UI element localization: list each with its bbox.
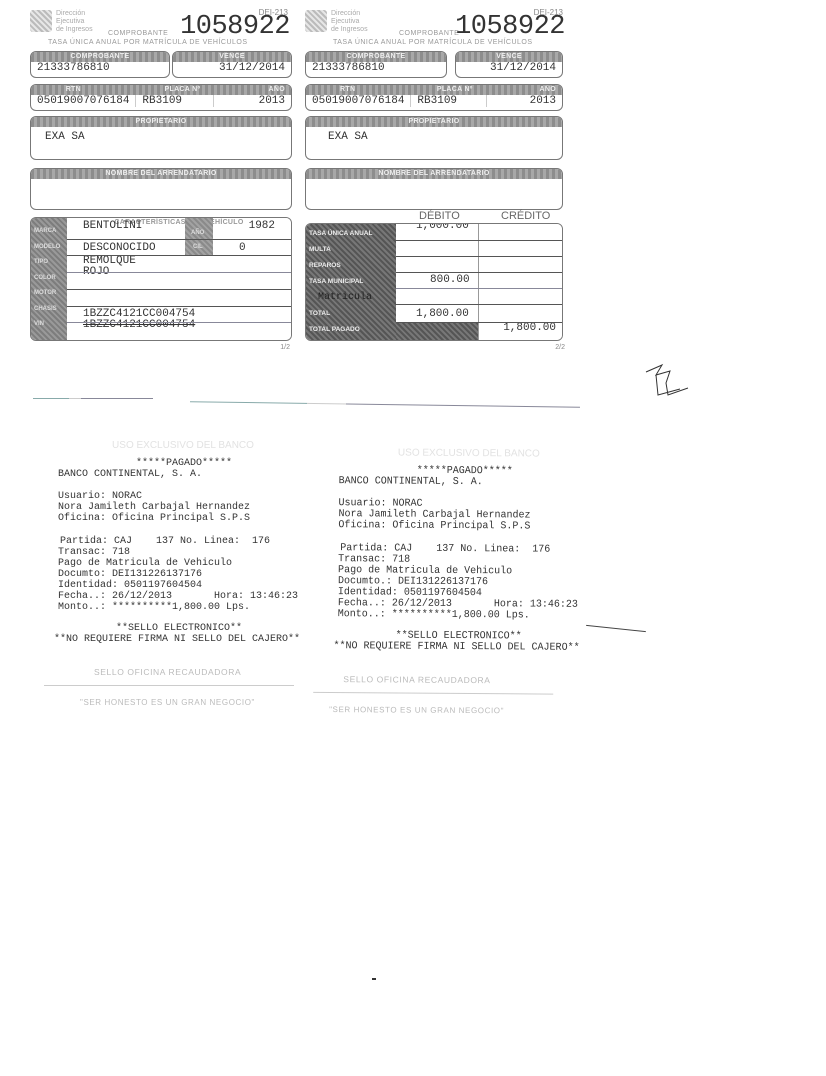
bank-receipt-2: USO EXCLUSIVO DEL BANCO *****PAGADO*****…: [337, 447, 599, 716]
form-subtitle: TASA ÚNICA ANUAL POR MATRÍCULA DE VEHÍCU…: [333, 39, 533, 46]
oficina: Oficina: Oficina Principal S.P.S: [58, 513, 308, 525]
bank-name: BANCO CONTINENTAL, S. A.: [339, 476, 599, 489]
placa-label: PLACA Nº: [389, 85, 472, 95]
comprobante-field-label: COMPROBANTE: [31, 52, 169, 62]
placa-value: RB3109: [135, 95, 213, 107]
placa-label: PLACA Nº: [116, 85, 201, 95]
identidad: Identidad: 0501197604504: [58, 580, 308, 592]
rtn-label: RTN: [306, 85, 389, 95]
row-divider: [396, 288, 562, 289]
agency-name: Dirección Ejecutiva de Ingresos: [56, 10, 93, 34]
propietario-label: PROPIETARIO: [31, 117, 291, 127]
label-total-pagado: TOTAL PAGADO: [306, 322, 396, 338]
propietario-label: PROPIETARIO: [306, 117, 562, 127]
signature-line: [313, 692, 553, 695]
row-divider: [67, 322, 291, 323]
row-divider: [67, 272, 291, 273]
row-divider: [67, 289, 291, 290]
vence-label: VENCE: [173, 52, 291, 62]
arrendatario-label: NOMBRE DEL ARRENDATARIO: [31, 169, 291, 179]
vehicle-vin: 1BZZC4121CC004754: [77, 319, 201, 331]
vence-field: VENCE 31/12/2014: [455, 51, 563, 78]
sello-oficina-recaudadora: SELLO OFICINA RECAUDADORA: [337, 674, 597, 686]
arrendatario-label: NOMBRE DEL ARRENDATARIO: [306, 169, 562, 179]
concepto: Pago de Matricula de Vehiculo: [58, 558, 308, 570]
comprobante-field: COMPROBANTE 21333786810: [30, 51, 170, 78]
agency-line: de Ingresos: [56, 26, 93, 34]
vence-value: 31/12/2014: [173, 62, 291, 74]
rtn-value: 05019007076184: [306, 95, 410, 107]
totals-labels: TASA ÚNICA ANUAL MULTA REPAROS TASA MUNI…: [306, 224, 396, 340]
rtn-placa-anio-values: 05019007076184 RB3109 2013: [306, 95, 562, 107]
cut-line: [190, 401, 580, 407]
vehicle-values: CARACTERÍSTICAS DEL VEHÍCULO AÑO CIL BEN…: [67, 218, 291, 340]
placa-value: RB3109: [410, 95, 486, 107]
page-number: 2/2: [555, 344, 565, 351]
rtn-placa-anio-field: RTN PLACA Nº AÑO 05019007076184 RB3109 2…: [30, 84, 292, 111]
totals-values: 1,000.00 800.00 1,800.00 1,800.00: [396, 224, 562, 340]
vehicle-labels: MARCA MODELO TIPO COLOR MOTOR CHASIS VIN: [31, 218, 67, 340]
agency-line: Ejecutiva: [56, 18, 93, 26]
anio-label: AÑO: [473, 85, 562, 95]
partida: Partida: CAJ 137 No. Linea: 176: [58, 536, 308, 548]
agency-line: Ejecutiva: [331, 18, 368, 26]
row-divider: [67, 306, 291, 307]
row-divider: [67, 239, 291, 240]
vehicle-cil: 0: [233, 242, 252, 254]
cashier-name: Nora Jamileth Carbajal Hernandez: [58, 502, 308, 514]
arrendatario-field: NOMBRE DEL ARRENDATARIO: [305, 168, 563, 210]
bank-name: BANCO CONTINENTAL, S. A.: [58, 469, 308, 481]
rtn-value: 05019007076184: [31, 95, 135, 107]
fecha-hora: Fecha..: 26/12/2013 Hora: 13:46:23: [58, 591, 308, 603]
agency-logo-icon: [305, 10, 327, 32]
debito-label: DÉBITO: [419, 210, 460, 222]
rtn-label: RTN: [31, 85, 116, 95]
label-multa: MULTA: [306, 242, 396, 258]
anio-value: 2013: [213, 95, 291, 107]
oficina: Oficina: Oficina Principal S.P.S: [338, 520, 598, 533]
propietario-field: PROPIETARIO EXA SA: [30, 116, 292, 160]
vehicle-modelo: DESCONOCIDO: [77, 242, 162, 254]
sello-oficina-recaudadora: SELLO OFICINA RECAUDADORA: [58, 667, 308, 677]
agency-line: Dirección: [56, 10, 93, 18]
sello-electronico: **SELLO ELECTRONICO**: [58, 623, 308, 635]
totals-table: TASA ÚNICA ANUAL MULTA REPAROS TASA MUNI…: [305, 223, 563, 341]
vence-value: 31/12/2014: [456, 62, 562, 74]
vehicle-characteristics: MARCA MODELO TIPO COLOR MOTOR CHASIS VIN…: [30, 217, 292, 341]
propietario-value: EXA SA: [31, 127, 291, 143]
credito-total-pagado: 1,800.00: [497, 322, 562, 334]
transac: Transac: 718: [58, 547, 308, 559]
comprobante-label: COMPROBANTE: [399, 30, 459, 37]
label-total: TOTAL: [306, 306, 396, 322]
anio-value: 2013: [486, 95, 562, 107]
spacer: [58, 480, 308, 491]
monto: Monto..: **********1,800.00 Lps.: [58, 602, 308, 614]
page-number: 1/2: [280, 344, 290, 351]
monto: Monto..: **********1,800.00 Lps.: [338, 609, 598, 622]
handwritten-mark-icon: [640, 355, 700, 405]
debito-tasa-unica: 1,000.00: [410, 223, 475, 232]
bank-use-header: USO EXCLUSIVO DEL BANCO: [339, 447, 599, 467]
vehicle-anio: 1982: [243, 220, 281, 232]
anio-label: AÑO: [200, 85, 291, 95]
debito-total: 1,800.00: [410, 308, 475, 320]
row-divider: [396, 272, 562, 273]
no-requiere-firma: **NO REQUIERE FIRMA NI SELLO DEL CAJERO*…: [334, 641, 598, 654]
comprobante-value: 21333786810: [306, 62, 446, 74]
rtn-placa-anio-field: RTN PLACA Nº AÑO 05019007076184 RB3109 2…: [305, 84, 563, 111]
spacer: [58, 613, 308, 623]
vence-label: VENCE: [456, 52, 562, 62]
label-tipo: TIPO: [31, 255, 67, 271]
agency-logo-icon: [30, 10, 52, 32]
agency-line: Dirección: [331, 10, 368, 18]
bank-receipt-1: USO EXCLUSIVO DEL BANCO *****PAGADO*****…: [58, 440, 308, 707]
label-chasis: CHASIS: [31, 302, 67, 318]
comprobante-label: COMPROBANTE: [108, 30, 168, 37]
vehicle-anio-label: AÑO: [191, 230, 204, 236]
label-color: COLOR: [31, 271, 67, 287]
comprobante-field-label: COMPROBANTE: [306, 52, 446, 62]
form-1: Dirección Ejecutiva de Ingresos DEI-213 …: [30, 8, 292, 353]
documento: Documto: DEI131226137176: [58, 569, 308, 581]
propietario-field: PROPIETARIO EXA SA: [305, 116, 563, 160]
lema: "SER HONESTO ES UN GRAN NEGOCIO": [329, 705, 597, 716]
row-divider: [396, 256, 562, 257]
signature-line: [44, 685, 294, 686]
comprobante-value: 21333786810: [31, 62, 169, 74]
arrendatario-field: NOMBRE DEL ARRENDATARIO: [30, 168, 292, 210]
agency-name: Dirección Ejecutiva de Ingresos: [331, 10, 368, 34]
row-divider: [396, 322, 562, 323]
scan-mark: [372, 978, 376, 980]
label-motor: MOTOR: [31, 286, 67, 302]
label-matricula: Matricula: [306, 290, 396, 306]
vehicle-cil-label: CIL: [193, 244, 203, 250]
debito-tasa-municipal: 800.00: [424, 274, 476, 286]
lema: "SER HONESTO ES UN GRAN NEGOCIO": [58, 698, 308, 707]
bank-use-header: USO EXCLUSIVO DEL BANCO: [58, 440, 308, 458]
label-modelo: MODELO: [31, 240, 67, 256]
spacer: [58, 524, 308, 536]
form-2: Dirección Ejecutiva de Ingresos DEI-213 …: [305, 8, 567, 353]
usuario: Usuario: NORAC: [58, 491, 308, 503]
label-reparos: REPAROS: [306, 258, 396, 274]
rtn-placa-anio-values: 05019007076184 RB3109 2013: [31, 95, 291, 107]
row-divider: [396, 240, 562, 241]
anio-cil-labels: [185, 218, 213, 256]
vence-field: VENCE 31/12/2014: [172, 51, 292, 78]
label-tasa-unica: TASA ÚNICA ANUAL: [306, 226, 396, 242]
cut-line: [33, 398, 153, 399]
form-subtitle: TASA ÚNICA ANUAL POR MATRÍCULA DE VEHÍCU…: [48, 39, 248, 46]
rtn-placa-anio-header: RTN PLACA Nº AÑO: [306, 85, 562, 95]
row-divider: [67, 255, 291, 256]
no-requiere-firma: **NO REQUIERE FIRMA NI SELLO DEL CAJERO*…: [54, 634, 308, 646]
propietario-value: EXA SA: [306, 127, 562, 143]
receipt-number: 1058922: [455, 12, 565, 42]
agency-line: de Ingresos: [331, 26, 368, 34]
receipt-number: 1058922: [180, 12, 290, 42]
label-tasa-municipal: TASA MUNICIPAL: [306, 274, 396, 290]
rtn-placa-anio-header: RTN PLACA Nº AÑO: [31, 85, 291, 95]
vehicle-marca: BENTOLINI: [77, 220, 148, 232]
paid-status: *****PAGADO*****: [58, 458, 308, 470]
credito-label: CRÉDITO: [501, 210, 550, 222]
label-marca: MARCA: [31, 224, 67, 240]
label-vin: VIN: [31, 317, 67, 333]
comprobante-field: COMPROBANTE 21333786810: [305, 51, 447, 78]
total-pagado-shade: [396, 323, 478, 340]
row-divider: [396, 304, 562, 305]
